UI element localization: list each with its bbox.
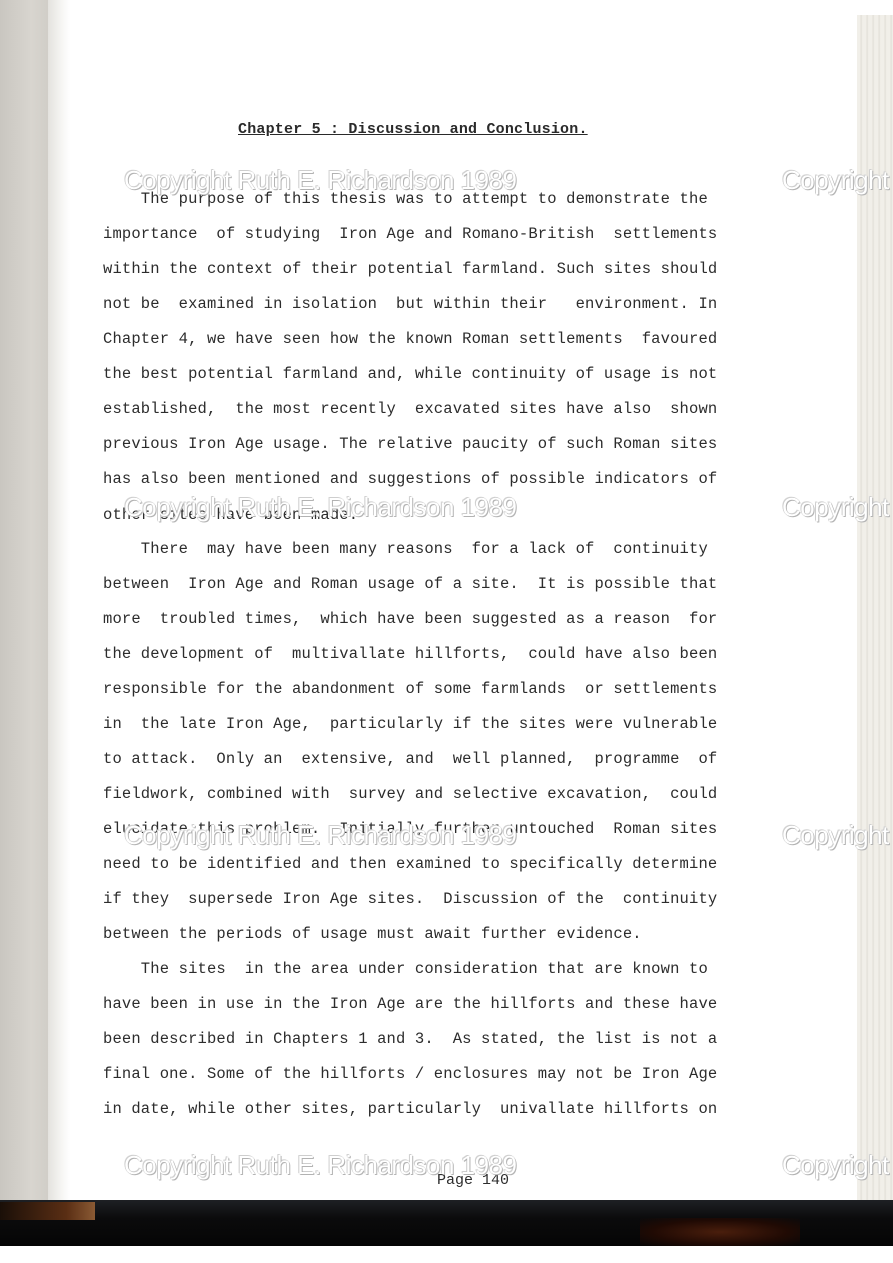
text-line: responsible for the abandonment of some … xyxy=(103,680,791,698)
text-line: in the late Iron Age, particularly if th… xyxy=(103,715,791,733)
text-line: Chapter 4, we have seen how the known Ro… xyxy=(103,330,791,348)
copyright-watermark: Copyright Ruth E. Richardson 1989 xyxy=(124,165,517,196)
book-cover-edge xyxy=(0,1202,95,1220)
text-line: final one. Some of the hillforts / enclo… xyxy=(103,1065,791,1083)
text-line: in date, while other sites, particularly… xyxy=(103,1100,791,1118)
book-binding-left xyxy=(0,0,52,1200)
bottom-margin xyxy=(0,1246,893,1263)
copyright-watermark-right: Copyright xyxy=(782,1150,889,1181)
text-line: established, the most recently excavated… xyxy=(103,400,791,418)
copyright-watermark-right: Copyright xyxy=(782,165,889,196)
text-line: have been in use in the Iron Age are the… xyxy=(103,995,791,1013)
copyright-watermark: Copyright Ruth E. Richardson 1989 xyxy=(124,1150,517,1181)
text-line: need to be identified and then examined … xyxy=(103,855,791,873)
text-line: has also been mentioned and suggestions … xyxy=(103,470,791,488)
text-line: importance of studying Iron Age and Roma… xyxy=(103,225,791,243)
copyright-watermark-right: Copyright xyxy=(782,492,889,523)
text-line: between Iron Age and Roman usage of a si… xyxy=(103,575,791,593)
text-line: been described in Chapters 1 and 3. As s… xyxy=(103,1030,791,1048)
binding-shadow xyxy=(48,0,70,1200)
chapter-title: Chapter 5 : Discussion and Conclusion. xyxy=(238,121,588,138)
copyright-watermark: Copyright Ruth E. Richardson 1989 xyxy=(124,820,517,851)
text-line: not be examined in isolation but within … xyxy=(103,295,791,313)
text-line: previous Iron Age usage. The relative pa… xyxy=(103,435,791,453)
scanner-bottom-band xyxy=(0,1200,893,1246)
text-line: if they supersede Iron Age sites. Discus… xyxy=(103,890,791,908)
copyright-watermark: Copyright Ruth E. Richardson 1989 xyxy=(124,492,517,523)
text-line: There may have been many reasons for a l… xyxy=(103,540,791,558)
text-line: more troubled times, which have been sug… xyxy=(103,610,791,628)
text-line: within the context of their potential fa… xyxy=(103,260,791,278)
scanner-glow xyxy=(640,1218,800,1246)
text-line: The sites in the area under consideratio… xyxy=(103,960,791,978)
text-line: fieldwork, combined with survey and sele… xyxy=(103,785,791,803)
text-line: between the periods of usage must await … xyxy=(103,925,791,943)
text-line: to attack. Only an extensive, and well p… xyxy=(103,750,791,768)
copyright-watermark-right: Copyright xyxy=(782,820,889,851)
text-line: the development of multivallate hillfort… xyxy=(103,645,791,663)
text-line: the best potential farmland and, while c… xyxy=(103,365,791,383)
